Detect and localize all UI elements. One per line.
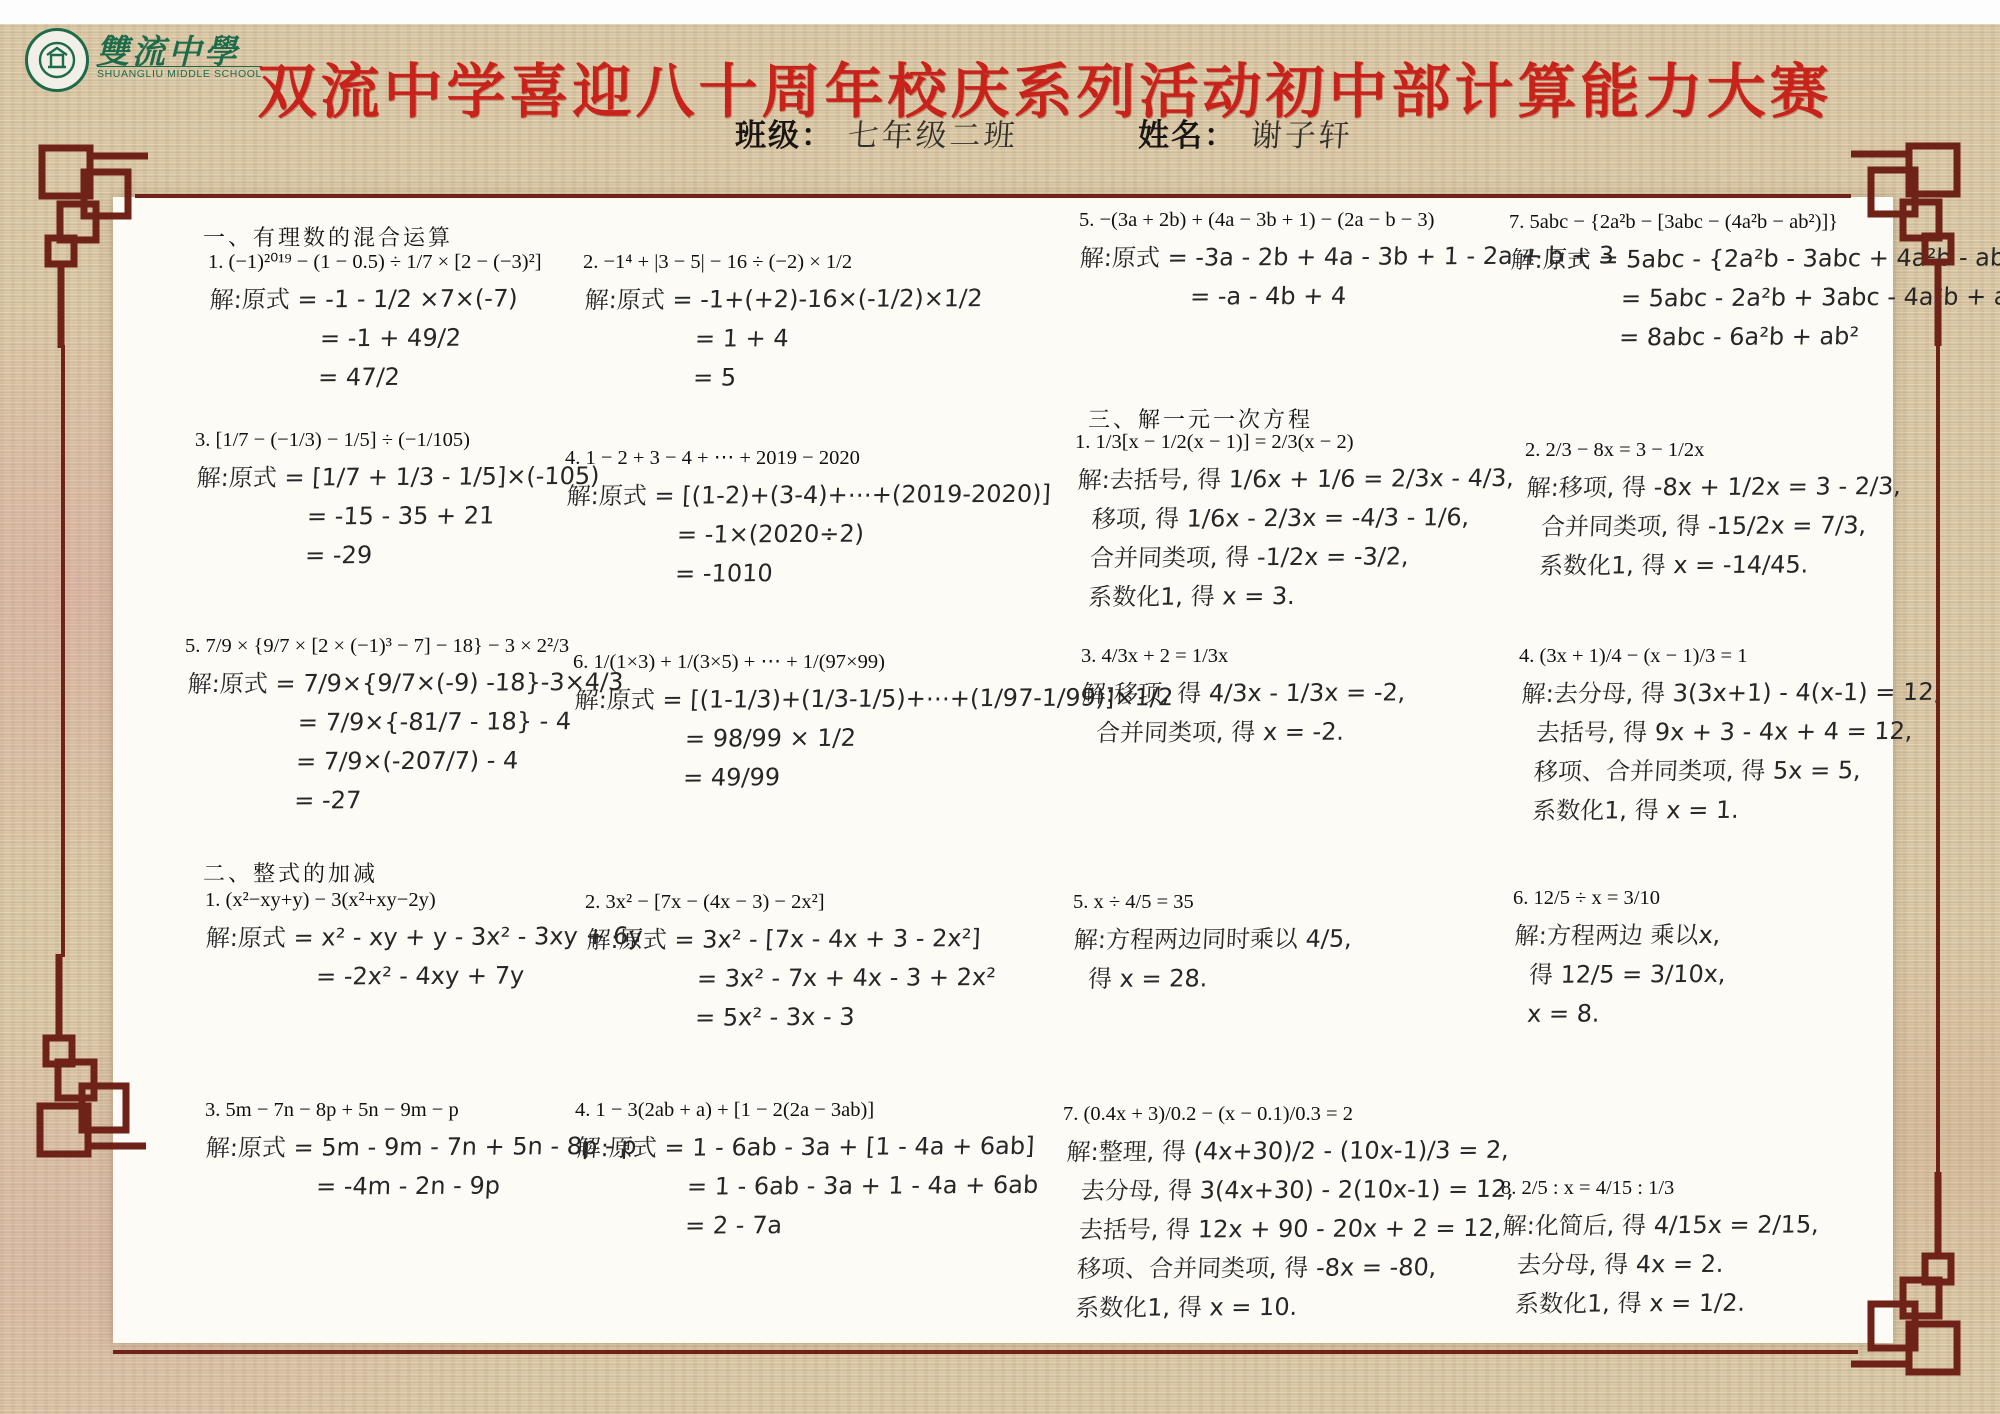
solution-line: 解:原式 = x² - xy + y - 3x² - 3xy + 6y [205, 917, 647, 958]
problem-s1p1: 1. (−1)²⁰¹⁹ − (1 − 0.5) ÷ 1/7 × [2 − (−3… [208, 249, 568, 397]
problem-statement: 4. 1 − 3(2ab + a) + [1 − 2(2a − 3ab)] [575, 1099, 1045, 1122]
handwritten-solution: 解:原式 = [(1-1/3)+(1/3-1/5)+⋯+(1/97-1/99)]… [570, 679, 1066, 798]
solution-line: 解:原式 = 1 - 6ab - 3a + [1 - 4a + 6ab] [576, 1127, 1048, 1168]
worksheet-paper: 一、有理数的混合运算 1. (−1)²⁰¹⁹ − (1 − 0.5) ÷ 1/7… [113, 197, 1893, 1343]
name-value: 谢子轩 [1249, 110, 1354, 155]
solution-line: = -29 [304, 535, 574, 575]
problem-s1p4: 4. 1 − 2 + 3 − 4 + ⋯ + 2019 − 2020 解:原式 … [565, 445, 1035, 593]
solution-line: = 49/99 [682, 756, 1062, 797]
problem-s2p2: 2. 3x² − [7x − (4x − 3) − 2x²] 解:原式 = 3x… [585, 891, 1035, 1037]
solution-line: = 5x² - 3x - 3 [694, 997, 1034, 1038]
problem-statement: 1. (x²−xy+y) − 3(x²+xy−2y) [205, 889, 645, 912]
problem-statement: 8. 2/5 : x = 4/15 : 1/3 [1501, 1177, 1893, 1200]
solution-line: = 1 - 6ab - 3a + 1 - 4a + 6ab [686, 1166, 1046, 1207]
solution-line: 移项、合并同类项, 得 -8x = -80, [1076, 1247, 1492, 1288]
solution-line: = -15 - 35 + 21 [306, 496, 576, 536]
problem-statement: 6. 12/5 ÷ x = 3/10 [1513, 887, 1893, 910]
problem-s3p4: 4. (3x + 1)/4 − (x − 1)/3 = 1 解:去分母, 得 3… [1519, 645, 1895, 830]
solution-line: = 47/2 [317, 357, 567, 397]
solution-line: 解:去分母, 得 3(3x+1) - 4(x-1) = 12, [1521, 673, 1899, 714]
handwritten-solution: 解:移项, 得 4/3x - 1/3x = -2,合并同类项, 得 x = -2… [1079, 673, 1483, 753]
solution-line: 解:原式 = 3x² - [7x - 4x + 3 - 2x²] [586, 919, 1038, 960]
solution-line: 合并同类项, 得 x = -2. [1095, 712, 1481, 753]
problem-s1p3: 3. [1/7 − (−1/3) − 1/5] ÷ (−1/105) 解:原式 … [195, 429, 575, 575]
solution-line: 去分母, 得 3(4x+30) - 2(10x-1) = 12, [1080, 1170, 1496, 1211]
problem-s3p2: 2. 2/3 − 8x = 3 − 1/2x 解:移项, 得 -8x + 1/2… [1525, 439, 1895, 585]
problem-s2p5: 5. −(3a + 2b) + (4a − 3b + 1) − (2a − b … [1079, 209, 1519, 316]
problem-s3p6: 6. 12/5 ÷ x = 3/10 解:方程两边 乘以x,得 12/5 = 3… [1513, 887, 1893, 1033]
class-value: 七年级二班 [846, 110, 1019, 155]
handwritten-solution: 解:整理, 得 (4x+30)/2 - (10x-1)/3 = 2,去分母, 得… [1058, 1131, 1497, 1328]
solution-line: = -1×(2020÷2) [676, 514, 1036, 555]
problem-s1p5: 5. 7/9 × {9/7 × [2 × (−1)³ − 7] − 18} − … [185, 635, 615, 820]
pavilion-icon [37, 40, 77, 80]
handwritten-solution: 解:原式 = 5m - 9m - 7n + 5n - 8p - p= -4m -… [203, 1127, 627, 1207]
solution-line: = 7/9×(-207/7) - 4 [295, 741, 615, 782]
solution-line: 解:原式 = 5abc - {2a²b - 3abc + 4a²b - ab²} [1510, 239, 1896, 280]
frame-bottom-line [113, 1350, 1858, 1354]
handwritten-solution: 解:方程两边 乘以x,得 12/5 = 3/10x,x = 8. [1510, 915, 1896, 1034]
name-label: 姓名： [1138, 110, 1237, 155]
class-label: 班级： [735, 110, 834, 155]
problem-s3p3: 3. 4/3x + 2 = 1/3x 解:移项, 得 4/3x - 1/3x =… [1081, 645, 1481, 752]
problem-statement: 4. (3x + 1)/4 − (x − 1)/3 = 1 [1519, 645, 1895, 668]
solution-line: 系数化1, 得 x = 3. [1087, 575, 1513, 616]
solution-line: = 2 - 7a [684, 1205, 1044, 1246]
section-1-title: 一、有理数的混合运算 [203, 221, 453, 252]
handwritten-solution: 解:原式 = -3a - 2b + 4a - 3b + 1 - 2a + b +… [1077, 237, 1521, 317]
problem-statement: 1. (−1)²⁰¹⁹ − (1 − 0.5) ÷ 1/7 × [2 − (−3… [208, 249, 568, 274]
problem-s2p4: 4. 1 − 3(2ab + a) + [1 − 2(2a − 3ab)] 解:… [575, 1099, 1045, 1245]
solution-line: 去括号, 得 9x + 3 - 4x + 4 = 12, [1535, 712, 1897, 753]
problem-s3p5: 5. x ÷ 4/5 = 35 解:方程两边同时乘以 4/5,得 x = 28. [1073, 891, 1473, 998]
handwritten-solution: 解:原式 = 7/9×{9/7×(-9) -18}-3×4/3= 7/9×{-8… [181, 663, 618, 821]
solution-line: = -27 [293, 779, 613, 820]
problem-s2p1: 1. (x²−xy+y) − 3(x²+xy−2y) 解:原式 = x² - x… [205, 889, 645, 996]
solution-line: 解:方程两边同时乘以 4/5, [1073, 919, 1475, 960]
problem-statement: 3. 5m − 7n − 8p + 5n − 9m − p [205, 1099, 625, 1122]
solution-line: 得 x = 28. [1087, 958, 1473, 999]
problem-statement: 5. x ÷ 4/5 = 35 [1073, 891, 1473, 914]
frame-top-line [135, 194, 1851, 198]
handwritten-solution: 解:原式 = x² - xy + y - 3x² - 3xy + 6y= -2x… [203, 917, 647, 997]
solution-line: = -1010 [674, 553, 1034, 594]
student-info-row: 班级： 七年级二班 姓名： 谢子轩 [735, 110, 1353, 155]
problem-s1p6: 6. 1/(1×3) + 1/(3×5) + ⋯ + 1/(97×99) 解:原… [573, 649, 1063, 797]
problem-statement: 5. 7/9 × {9/7 × [2 × (−1)³ − 7] − 18} − … [185, 635, 615, 658]
corner-knot-top-left [28, 142, 148, 352]
problem-statement: 4. 1 − 2 + 3 − 4 + ⋯ + 2019 − 2020 [565, 445, 1035, 470]
solution-line: = 98/99 × 1/2 [684, 718, 1064, 759]
solution-line: 解:原式 = -3a - 2b + 4a - 3b + 1 - 2a + b +… [1079, 237, 1521, 278]
handwritten-solution: 解:原式 = -1+(+2)-16×(-1/2)×1/2= 1 + 4= 5 [580, 279, 1046, 398]
frame-right-line [1936, 330, 1940, 1190]
solution-line: 解:原式 = 5m - 9m - 7n + 5n - 8p - p [205, 1127, 627, 1168]
problem-s3p8: 8. 2/5 : x = 4/15 : 1/3 解:化简后, 得 4/15x =… [1501, 1177, 1893, 1323]
solution-line: 解:化简后, 得 4/15x = 2/15, [1502, 1205, 1896, 1246]
frame-left-line [61, 345, 65, 957]
solution-line: 合并同类项, 得 -15/2x = 7/3, [1540, 506, 1896, 547]
corner-knot-top-right [1851, 140, 1971, 350]
solution-line: 解:原式 = [(1-1/3)+(1/3-1/5)+⋯+(1/97-1/99)]… [574, 679, 1066, 720]
school-logo-icon [25, 28, 89, 92]
section-2-title: 二、整式的加减 [203, 857, 378, 888]
solution-line: 解:整理, 得 (4x+30)/2 - (10x-1)/3 = 2, [1066, 1131, 1498, 1172]
handwritten-solution: 解:原式 = 3x² - [7x - 4x + 3 - 2x²]= 3x² - … [582, 919, 1038, 1038]
solution-line: 解:原式 = -1+(+2)-16×(-1/2)×1/2 [584, 279, 1046, 320]
problem-statement: 2. 2/3 − 8x = 3 − 1/2x [1525, 439, 1895, 462]
section-3-title: 三、解一元一次方程 [1088, 403, 1313, 434]
solution-line: 系数化1, 得 x = 1. [1531, 790, 1893, 831]
problem-statement: 1. 1/3[x − 1/2(x − 1)] = 2/3(x − 2) [1075, 431, 1515, 454]
problem-s3p1: 1. 1/3[x − 1/2(x − 1)] = 2/3(x − 2) 解:去括… [1075, 431, 1515, 616]
solution-line: x = 8. [1526, 993, 1892, 1034]
solution-line: 解:移项, 得 4/3x - 1/3x = -2, [1081, 673, 1483, 714]
problem-s2p3: 3. 5m − 7n − 8p + 5n − 9m − p 解:原式 = 5m … [205, 1099, 625, 1206]
problem-statement: 2. 3x² − [7x − (4x − 3) − 2x²] [585, 891, 1035, 914]
solution-line: = 3x² - 7x + 4x - 3 + 2x² [696, 958, 1036, 999]
solution-line: 解:方程两边 乘以x, [1514, 915, 1896, 956]
problem-statement: 7. (0.4x + 3)/0.2 − (x − 0.1)/0.3 = 2 [1063, 1103, 1493, 1126]
solution-line: 移项、合并同类项, 得 5x = 5, [1533, 751, 1895, 792]
solution-line: = -1 + 49/2 [319, 318, 569, 358]
problem-statement: 3. [1/7 − (−1/3) − 1/5] ÷ (−1/105) [195, 429, 575, 452]
solution-line: 得 12/5 = 3/10x, [1528, 954, 1894, 995]
handwritten-solution: 解:原式 = 5abc - {2a²b - 3abc + 4a²b - ab²}… [1506, 239, 1896, 358]
problem-statement: 7. 5abc − {2a²b − [3abc − (4a²b − ab²)]} [1509, 211, 1893, 234]
school-logo [25, 28, 89, 92]
solution-line: 解:原式 = -1 - 1/2 ×7×(-7) [209, 279, 571, 320]
handwritten-solution: 解:原式 = [1/7 + 1/3 - 1/5]×(-105)= -15 - 3… [192, 457, 578, 576]
corner-knot-bottom-left [26, 950, 146, 1160]
solution-line: = 1 + 4 [694, 318, 1044, 359]
solution-line: 解:移项, 得 -8x + 1/2x = 3 - 2/3, [1526, 467, 1898, 508]
problem-statement: 3. 4/3x + 2 = 1/3x [1081, 645, 1481, 668]
handwritten-solution: 解:去括号, 得 1/6x + 1/6 = 2/3x - 4/3,移项, 得 1… [1071, 459, 1518, 617]
problem-s2p7: 7. 5abc − {2a²b − [3abc − (4a²b − ab²)]}… [1509, 211, 1893, 357]
solution-line: = -a - 4b + 4 [1189, 276, 1519, 317]
solution-line: 解:去括号, 得 1/6x + 1/6 = 2/3x - 4/3, [1077, 459, 1519, 500]
solution-line: 系数化1, 得 x = -14/45. [1538, 545, 1894, 586]
scan-margin [0, 0, 2000, 24]
handwritten-solution: 解:方程两边同时乘以 4/5,得 x = 28. [1071, 919, 1475, 999]
problem-s3p7: 7. (0.4x + 3)/0.2 − (x − 0.1)/0.3 = 2 解:… [1063, 1103, 1493, 1326]
handwritten-solution: 解:移项, 得 -8x + 1/2x = 3 - 2/3,合并同类项, 得 -1… [1522, 467, 1898, 586]
handwritten-solution: 解:原式 = -1 - 1/2 ×7×(-7)= -1 + 49/2= 47/2 [205, 279, 571, 398]
problem-statement: 6. 1/(1×3) + 1/(3×5) + ⋯ + 1/(97×99) [573, 649, 1063, 674]
solution-line: 移项, 得 1/6x - 2/3x = -4/3 - 1/6, [1091, 498, 1517, 539]
solution-line: 去分母, 得 4x = 2. [1516, 1244, 1894, 1285]
problem-statement: 2. −1⁴ + |3 − 5| − 16 ÷ (−2) × 1/2 [583, 251, 1043, 274]
solution-line: 系数化1, 得 x = 1/2. [1514, 1283, 1892, 1324]
solution-line: = 5 [692, 357, 1042, 398]
solution-line: 解:原式 = 7/9×{9/7×(-9) -18}-3×4/3 [187, 663, 619, 704]
handwritten-solution: 解:化简后, 得 4/15x = 2/15,去分母, 得 4x = 2.系数化1… [1498, 1205, 1896, 1324]
handwritten-solution: 解:原式 = 1 - 6ab - 3a + [1 - 4a + 6ab]= 1 … [572, 1127, 1048, 1246]
solution-line: 系数化1, 得 x = 10. [1074, 1286, 1490, 1327]
handwritten-solution: 解:原式 = [(1-2)+(3-4)+⋯+(2019-2020)]= -1×(… [562, 475, 1038, 594]
solution-line: 去括号, 得 12x + 90 - 20x + 2 = 12, [1078, 1209, 1494, 1250]
solution-line: = 7/9×{-81/7 - 18} - 4 [297, 702, 617, 743]
problem-statement: 5. −(3a + 2b) + (4a − 3b + 1) − (2a − b … [1079, 209, 1519, 232]
problem-s1p2: 2. −1⁴ + |3 − 5| − 16 ÷ (−2) × 1/2 解:原式 … [583, 251, 1043, 397]
handwritten-solution: 解:去分母, 得 3(3x+1) - 4(x-1) = 12,去括号, 得 9x… [1515, 673, 1898, 830]
solution-line: 解:原式 = [1/7 + 1/3 - 1/5]×(-105) [196, 457, 578, 498]
solution-line: 解:原式 = [(1-2)+(3-4)+⋯+(2019-2020)] [566, 475, 1038, 516]
solution-line: 合并同类项, 得 -1/2x = -3/2, [1089, 537, 1515, 578]
corner-knot-bottom-right [1851, 1168, 1971, 1378]
